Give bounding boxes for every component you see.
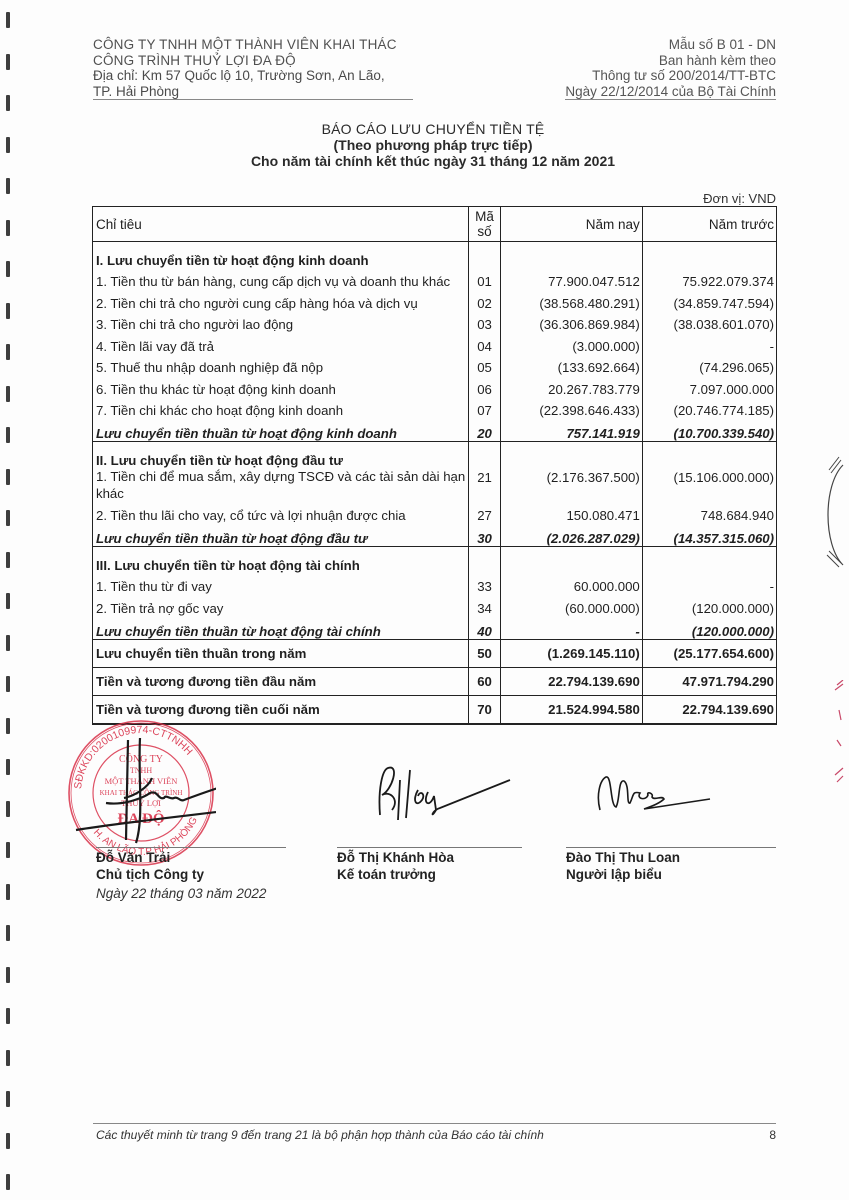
table-row: 7. Tiền chi khác cho hoạt động kinh doan…	[93, 397, 777, 419]
cell-item: I. Lưu chuyển tiền từ hoạt động kinh doa…	[93, 242, 469, 268]
cell-code: 21	[468, 468, 500, 502]
cell-code: 40	[468, 616, 500, 640]
cell-current-year: (2.026.287.029)	[500, 523, 642, 547]
cell-previous-year: (20.746.774.185)	[642, 397, 776, 419]
signature-line-2	[337, 847, 522, 848]
subtotal-row: Lưu chuyển tiền thuần từ hoạt động đầu t…	[93, 523, 777, 547]
cell-current-year: 22.794.139.690	[500, 667, 642, 695]
cell-previous-year: (120.000.000)	[642, 594, 776, 616]
cell-previous-year: (25.177.654.600)	[642, 639, 776, 667]
header-current-year: Năm nay	[500, 207, 642, 242]
report-title-period: Cho năm tài chính kết thúc ngày 31 tháng…	[0, 153, 849, 169]
cell-previous-year: (38.038.601.070)	[642, 311, 776, 333]
form-reference: Mẫu số B 01 - DN Ban hành kèm theo Thông…	[565, 37, 776, 100]
company-address-line1: Địa chỉ: Km 57 Quốc lộ 10, Trường Sơn, A…	[93, 68, 413, 84]
table-row: 1. Tiền chi để mua sắm, xây dựng TSCĐ và…	[93, 468, 777, 502]
footer-note: Các thuyết minh từ trang 9 đến trang 21 …	[96, 1128, 544, 1142]
cell-current-year	[500, 242, 642, 268]
report-title-main: BÁO CÁO LƯU CHUYỂN TIỀN TỆ	[0, 121, 849, 137]
report-title: BÁO CÁO LƯU CHUYỂN TIỀN TỆ (Theo phương …	[0, 121, 849, 169]
cell-code: 70	[468, 695, 500, 724]
cell-item: 7. Tiền chi khác cho hoạt động kinh doan…	[93, 397, 469, 419]
cell-code: 20	[468, 418, 500, 442]
cash-flow-table: Chỉ tiêu Mãsố Năm nay Năm trước I. Lưu c…	[92, 206, 777, 725]
cell-current-year: (2.176.367.500)	[500, 468, 642, 502]
cell-current-year: (22.398.646.433)	[500, 397, 642, 419]
cell-code: 60	[468, 667, 500, 695]
circular-date: Ngày 22/12/2014 của Bộ Tài Chính	[565, 84, 776, 101]
cell-current-year	[500, 442, 642, 468]
svg-text:CÔNG TY: CÔNG TY	[119, 753, 163, 765]
cell-current-year: 757.141.919	[500, 418, 642, 442]
cell-current-year: 20.267.783.779	[500, 375, 642, 397]
signer-role: Người lập biểu	[566, 866, 680, 883]
signer-role: Kế toán trưởng	[337, 866, 454, 883]
cell-code: 50	[468, 639, 500, 667]
form-issued: Ban hành kèm theo	[565, 53, 776, 69]
table-row: 1. Tiền thu từ đi vay3360.000.000-	[93, 573, 777, 595]
page-number: 8	[769, 1128, 776, 1142]
cell-item: 5. Thuế thu nhập doanh nghiệp đã nộp	[93, 354, 469, 376]
circular-number: Thông tư số 200/2014/TT-BTC	[565, 68, 776, 84]
cell-item: Lưu chuyển tiền thuần từ hoạt động kinh …	[93, 418, 469, 442]
cell-item: 2. Tiền thu lãi cho vay, cổ tức và lợi n…	[93, 502, 469, 524]
company-name-line1: CÔNG TY TNHH MỘT THÀNH VIÊN KHAI THÁC	[93, 37, 413, 53]
signer-name: Đỗ Thị Khánh Hòa	[337, 849, 454, 866]
cell-code: 05	[468, 354, 500, 376]
table-row: 2. Tiền chi trả cho người cung cấp hàng …	[93, 289, 777, 311]
cell-previous-year: 47.971.794.290	[642, 667, 776, 695]
signer-chief-accountant: Đỗ Thị Khánh Hòa Kế toán trưởng	[337, 849, 454, 883]
table-row: 2. Tiền thu lãi cho vay, cổ tức và lợi n…	[93, 502, 777, 524]
adjacent-page-stamp-fragment	[805, 455, 845, 575]
cell-previous-year: 75.922.079.374	[642, 268, 776, 290]
cell-item: 6. Tiền thu khác từ hoạt động kinh doanh	[93, 375, 469, 397]
signing-date: Ngày 22 tháng 03 năm 2022	[96, 886, 266, 901]
cell-current-year: (1.269.145.110)	[500, 639, 642, 667]
company-name-line2: CÔNG TRÌNH THUỶ LỢI ĐA ĐỘ	[93, 53, 413, 69]
signer-role: Chủ tịch Công ty	[96, 866, 204, 883]
cell-code	[468, 242, 500, 268]
cell-code	[468, 547, 500, 573]
cell-code: 30	[468, 523, 500, 547]
cell-item: 1. Tiền thu từ bán hàng, cung cấp dịch v…	[93, 268, 469, 290]
company-header: CÔNG TY TNHH MỘT THÀNH VIÊN KHAI THÁC CÔ…	[93, 37, 413, 100]
cell-item: Lưu chuyển tiền thuần từ hoạt động đầu t…	[93, 523, 469, 547]
signer-name: Đào Thị Thu Loan	[566, 849, 680, 866]
cell-item: Lưu chuyển tiền thuần trong năm	[93, 639, 469, 667]
cell-code: 04	[468, 332, 500, 354]
signature-preparer	[590, 765, 720, 825]
cell-item: Lưu chuyển tiền thuần từ hoạt động tài c…	[93, 616, 469, 640]
cell-code: 01	[468, 268, 500, 290]
cell-item: Tiền và tương đương tiền đầu năm	[93, 667, 469, 695]
signer-chairman: Đỗ Văn Trải Chủ tịch Công ty	[96, 849, 204, 883]
cell-previous-year: 748.684.940	[642, 502, 776, 524]
signer-preparer: Đào Thị Thu Loan Người lập biểu	[566, 849, 680, 883]
section-header-row: I. Lưu chuyển tiền từ hoạt động kinh doa…	[93, 242, 777, 268]
header-item: Chỉ tiêu	[93, 207, 469, 242]
cell-code: 03	[468, 311, 500, 333]
cell-item: 2. Tiền trả nợ gốc vay	[93, 594, 469, 616]
cell-previous-year: -	[642, 573, 776, 595]
cell-current-year: -	[500, 616, 642, 640]
cell-previous-year: -	[642, 332, 776, 354]
header-previous-year: Năm trước	[642, 207, 776, 242]
currency-unit: Đơn vị: VND	[703, 191, 776, 206]
section-header-row: III. Lưu chuyển tiền từ hoạt động tài ch…	[93, 547, 777, 573]
form-code: Mẫu số B 01 - DN	[565, 37, 776, 53]
table-row: 4. Tiền lãi vay đã trả04(3.000.000)-	[93, 332, 777, 354]
company-seal: SĐKKD:0200109974-CTTNHH H. AN LÃO T.P HẢ…	[66, 718, 216, 868]
cell-item: 1. Tiền chi để mua sắm, xây dựng TSCĐ và…	[93, 468, 469, 502]
cell-previous-year	[642, 442, 776, 468]
total-row: Lưu chuyển tiền thuần trong năm50(1.269.…	[93, 639, 777, 667]
table-row: 5. Thuế thu nhập doanh nghiệp đã nộp05(1…	[93, 354, 777, 376]
cell-item: 1. Tiền thu từ đi vay	[93, 573, 469, 595]
signature-line-1	[96, 847, 286, 848]
table-header-row: Chỉ tiêu Mãsố Năm nay Năm trước	[93, 207, 777, 242]
cell-code	[468, 442, 500, 468]
cell-current-year: 60.000.000	[500, 573, 642, 595]
signer-name: Đỗ Văn Trải	[96, 849, 204, 866]
cell-item: 2. Tiền chi trả cho người cung cấp hàng …	[93, 289, 469, 311]
cell-previous-year: (10.700.339.540)	[642, 418, 776, 442]
cell-code: 34	[468, 594, 500, 616]
cell-previous-year: (34.859.747.594)	[642, 289, 776, 311]
cell-previous-year: (120.000.000)	[642, 616, 776, 640]
report-title-method: (Theo phương pháp trực tiếp)	[0, 137, 849, 153]
company-address-line2: TP. Hải Phòng	[93, 84, 413, 101]
cell-item: 3. Tiền chi trả cho người lao động	[93, 311, 469, 333]
header-code: Mãsố	[468, 207, 500, 242]
cell-current-year: 150.080.471	[500, 502, 642, 524]
total-row: Tiền và tương đương tiền đầu năm6022.794…	[93, 667, 777, 695]
subtotal-row: Lưu chuyển tiền thuần từ hoạt động kinh …	[93, 418, 777, 442]
table-row: 6. Tiền thu khác từ hoạt động kinh doanh…	[93, 375, 777, 397]
cell-previous-year: (14.357.315.060)	[642, 523, 776, 547]
subtotal-row: Lưu chuyển tiền thuần từ hoạt động tài c…	[93, 616, 777, 640]
table-row: 2. Tiền trả nợ gốc vay34(60.000.000)(120…	[93, 594, 777, 616]
section-header-row: II. Lưu chuyển tiền từ hoạt động đầu tư	[93, 442, 777, 468]
table-row: 1. Tiền thu từ bán hàng, cung cấp dịch v…	[93, 268, 777, 290]
cell-item: 4. Tiền lãi vay đã trả	[93, 332, 469, 354]
signature-chief-accountant	[370, 760, 520, 830]
cell-current-year	[500, 547, 642, 573]
cell-current-year: (3.000.000)	[500, 332, 642, 354]
table-row: 3. Tiền chi trả cho người lao động03(36.…	[93, 311, 777, 333]
adjacent-page-red-mark	[815, 680, 845, 790]
cell-current-year: (38.568.480.291)	[500, 289, 642, 311]
cell-current-year: 77.900.047.512	[500, 268, 642, 290]
cell-previous-year: 7.097.000.000	[642, 375, 776, 397]
spiral-binding-holes	[4, 0, 16, 1200]
cell-previous-year: 22.794.139.690	[642, 695, 776, 724]
cell-current-year: 21.524.994.580	[500, 695, 642, 724]
cell-previous-year	[642, 547, 776, 573]
cell-code: 06	[468, 375, 500, 397]
cell-previous-year: (74.296.065)	[642, 354, 776, 376]
cell-previous-year: (15.106.000.000)	[642, 468, 776, 502]
signature-line-3	[566, 847, 776, 848]
cell-code: 27	[468, 502, 500, 524]
cell-code: 33	[468, 573, 500, 595]
footer-divider	[93, 1123, 776, 1124]
cell-item: II. Lưu chuyển tiền từ hoạt động đầu tư	[93, 442, 469, 468]
cell-code: 02	[468, 289, 500, 311]
svg-text:TNHH: TNHH	[130, 766, 152, 775]
cell-current-year: (60.000.000)	[500, 594, 642, 616]
cell-previous-year	[642, 242, 776, 268]
cell-item: III. Lưu chuyển tiền từ hoạt động tài ch…	[93, 547, 469, 573]
cell-current-year: (133.692.664)	[500, 354, 642, 376]
cell-current-year: (36.306.869.984)	[500, 311, 642, 333]
cell-code: 07	[468, 397, 500, 419]
